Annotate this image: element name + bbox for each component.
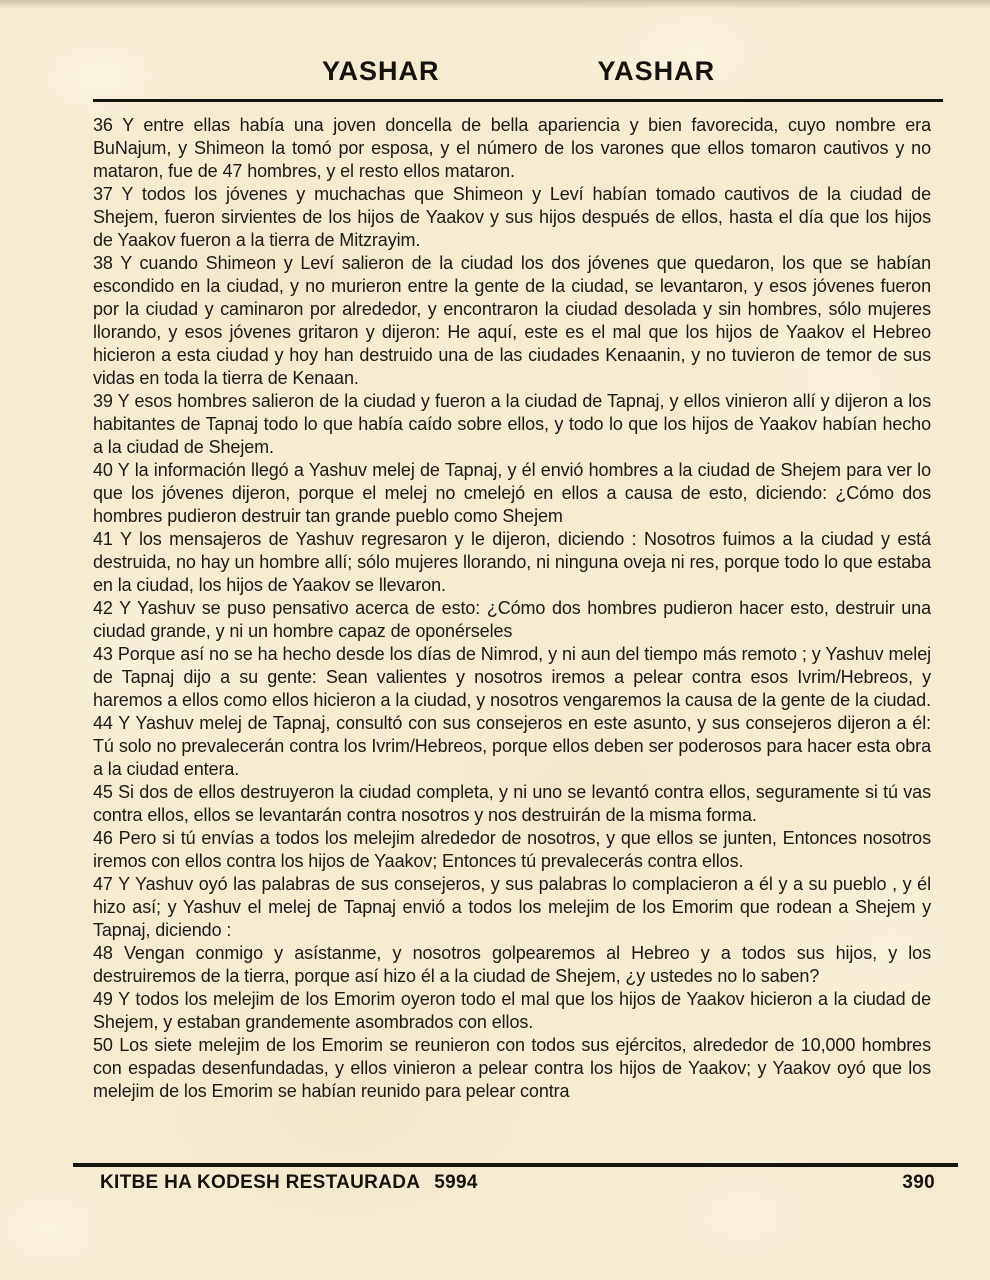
verse-42: 42 Y Yashuv se puso pensativo acerca de … (93, 597, 931, 643)
verse-49: 49 Y todos los melejim de los Emorim oye… (93, 988, 931, 1034)
page-footer: KITBE HA KODESH RESTAURADA 5994 390 (100, 1172, 935, 1194)
verse-50: 50 Los siete melejim de los Emorim se re… (93, 1034, 931, 1103)
verse-46: 46 Pero si tú envías a todos los melejim… (93, 827, 931, 873)
footer-year: 5994 (434, 1172, 477, 1194)
verse-44: 44 Y Yashuv melej de Tapnaj, consultó co… (93, 712, 931, 781)
verse-45: 45 Si dos de ellos destruyeron la ciudad… (93, 781, 931, 827)
verse-47: 47 Y Yashuv oyó las palabras de sus cons… (93, 873, 931, 942)
verse-48: 48 Vengan conmigo y asístanme, y nosotro… (93, 942, 931, 988)
verse-43: 43 Porque así no se ha hecho desde los d… (93, 643, 931, 712)
header-rule (93, 99, 943, 102)
page-header: YASHAR YASHAR (322, 56, 715, 87)
header-title-left: YASHAR (322, 56, 440, 87)
verse-40: 40 Y la información llegó a Yashuv melej… (93, 459, 931, 528)
verse-36: 36 Y entre ellas había una joven doncell… (93, 114, 931, 183)
verse-38: 38 Y cuando Shimeon y Leví salieron de l… (93, 252, 931, 390)
footer-rule (73, 1163, 958, 1167)
verse-39: 39 Y esos hombres salieron de la ciudad … (93, 390, 931, 459)
page-number: 390 (902, 1172, 935, 1194)
footer-title-group: KITBE HA KODESH RESTAURADA 5994 (100, 1172, 478, 1194)
verse-41: 41 Y los mensajeros de Yashuv regresaron… (93, 528, 931, 597)
verse-list: 36 Y entre ellas había una joven doncell… (93, 114, 931, 1103)
footer-title: KITBE HA KODESH RESTAURADA (100, 1172, 420, 1194)
verse-37: 37 Y todos los jóvenes y muchachas que S… (93, 183, 931, 252)
header-title-right: YASHAR (598, 56, 716, 87)
